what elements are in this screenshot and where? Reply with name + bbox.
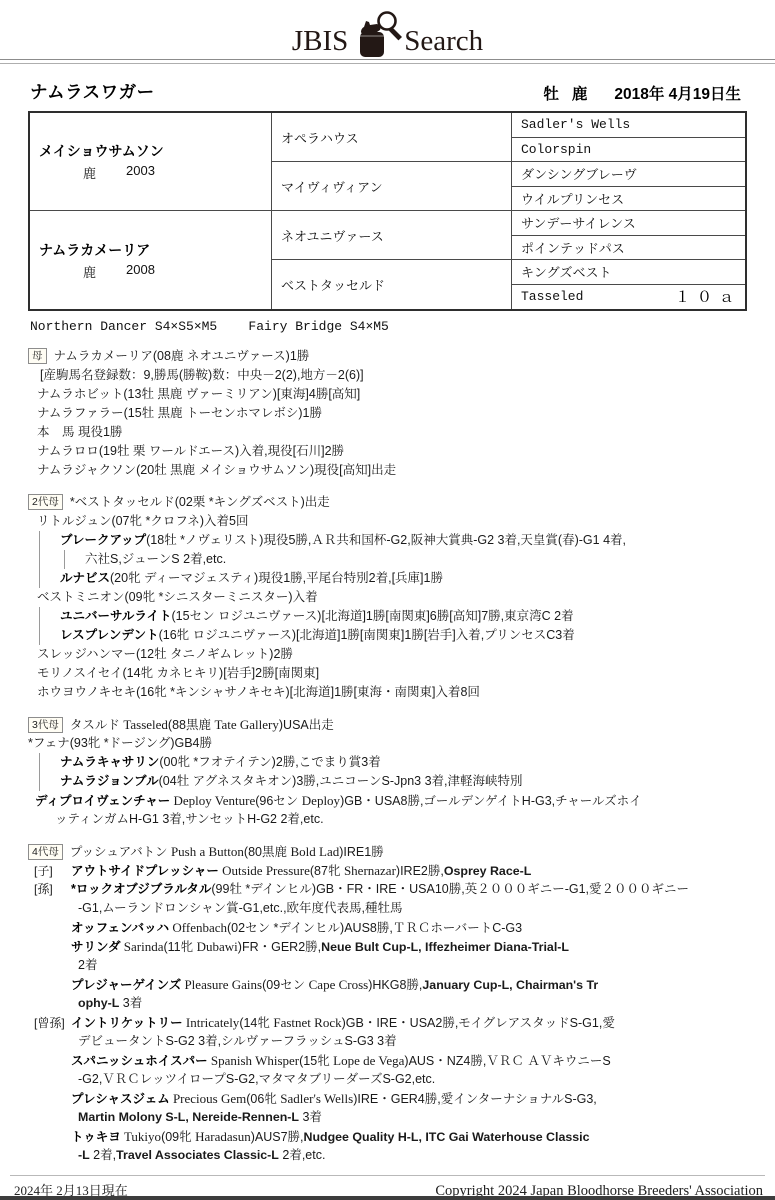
text-segment: Travel Associates Classic-L <box>116 1148 279 1162</box>
text-segment: ベストミニオン(09牝 *シニスターミニスター)入着 <box>37 590 318 604</box>
section-head-line: 3代母タスルド Tasseled(88黒鹿 Tate Gallery)USA出走 <box>28 715 775 734</box>
pedigree-line: 六社S,ジューンS 2着,etc. <box>28 550 775 569</box>
greatgrandparent-name: Colorspin <box>521 142 591 157</box>
pedigree-line: ユニバーサルライト(15セン ロジユニヴァース)[北海道]1勝[南関東]6勝[高… <box>28 607 775 626</box>
pedigree-line: ベストミニオン(09牝 *シニスターミニスター)入着 <box>28 588 775 607</box>
pedigree-line: レスプレンデント(16牝 ロジユニヴァース)[北海道]1勝[南関東]1勝[岩手]… <box>28 626 775 645</box>
text-segment: ナムラホビット(13牡 黒鹿 ヴァーミリアン)[東海]4勝[高知] <box>37 387 360 401</box>
stakes-horse-name: サリンダ <box>71 940 121 954</box>
pedigree-sire-cell: メイショウサムソン鹿2003 <box>30 113 272 211</box>
greatgrandparent-name: Sadler's Wells <box>521 117 630 132</box>
stakes-horse-name: プレジャーゲインズ <box>71 978 181 992</box>
logo-text-jbis: JBIS <box>292 27 348 56</box>
text-segment: 2着, <box>90 1148 116 1162</box>
stakes-horse-name: イントリケットリー <box>71 1016 183 1030</box>
parent-year: 2008 <box>126 262 155 281</box>
section-label: 母 <box>28 348 47 364</box>
parent-horse-name: ナムラカメーリア <box>39 240 271 260</box>
pedigree-line: ナムラホビット(13牡 黒鹿 ヴァーミリアン)[東海]4勝[高知] <box>28 385 775 404</box>
stakes-horse-name: ルナビス <box>60 571 110 585</box>
text-segment: (15セン ロジユニヴァース)[北海道]1勝[南関東]6勝[高知]7勝,東京湾C… <box>172 609 574 623</box>
family-number: １０ａ <box>675 286 741 307</box>
pedigree-line: ナムラキャサリン(00牝 *フオテイテン)2勝,こでまり賞3着 <box>28 753 775 772</box>
pedigree-grandparent-cell: オペラハウス <box>272 113 512 162</box>
text-segment: ナムラロロ(19牡 栗 ワールドエース)入着,現役[石川]2勝 <box>37 444 344 458</box>
text-segment: Sadler's Wells <box>280 1091 353 1106</box>
tree-line <box>64 550 65 569</box>
text-segment: リトルジュン(07牝 *クロフネ)入着5回 <box>37 514 248 528</box>
relation-label: [曾孫] <box>34 1014 71 1033</box>
text-segment: Outside Pressure <box>219 863 310 878</box>
pedigree-line: オッフェンバッハ Offenbach(02セン *デインヒル)AUS8勝,ＴＲＣ… <box>28 918 775 937</box>
text-segment: )IRE1勝 <box>339 845 383 859</box>
text-segment: デビュータントS-G2 3着,シルヴァーフラッシュS-G3 3着 <box>78 1034 397 1048</box>
pedigree-line: ophy-L 3着 <box>28 994 775 1013</box>
parent-horse-name: メイショウサムソン <box>39 141 271 161</box>
text-segment: Lope de Vega <box>333 1053 404 1068</box>
horse-magnifier-icon <box>351 10 403 58</box>
section-head-line: 母ナムラカメーリア(08鹿 ネオユニヴァース)1勝 <box>28 347 775 366</box>
pedigree-line: ッティンガムH-G1 3着,サンセットH-G2 2着,etc. <box>28 810 775 829</box>
stakes-horse-name: ユニバーサルライト <box>60 609 172 623</box>
text-segment: モリノスイセイ(14牝 カネヒキリ)[岩手]2勝[南関東] <box>37 666 319 680</box>
tree-line <box>39 531 40 550</box>
pedigree-line: モリノスイセイ(14牝 カネヒキリ)[岩手]2勝[南関東] <box>28 664 775 683</box>
text-segment: ナムラファラー(15牡 黒鹿 トーセンホマレボシ)1勝 <box>37 406 322 420</box>
pedigree-line: ブレークアップ(18牡 *ノヴェリスト)現役5勝,ＡＲ共和国杯-G2,阪神大賞典… <box>28 531 775 550</box>
family-section: 4代母プッシュアバトン Push a Button(80黒鹿 Bold Lad)… <box>28 842 775 1165</box>
stakes-horse-name: ナムラキャサリン <box>60 755 159 769</box>
pedigree-line: [子]アウトサイドプレッシャー Outside Pressure(87牝 She… <box>28 861 775 880</box>
pedigree-greatgrandparent-cell: Sadler's Wells <box>512 113 745 138</box>
text-segment: ッティンガムH-G1 3着,サンセットH-G2 2着,etc. <box>55 812 324 826</box>
tree-line <box>39 626 40 645</box>
text-segment: Push a Button <box>171 844 244 859</box>
text-segment: )HKG8勝, <box>368 978 422 992</box>
family-section: 2代母*ベストタッセルド(02栗 *キングズベスト)出走リトルジュン(07牝 *… <box>28 493 775 702</box>
family-section: 3代母タスルド Tasseled(88黒鹿 Tate Gallery)USA出走… <box>28 715 775 829</box>
text-segment: )IRE2勝, <box>396 864 444 878</box>
logo-text-search: Search <box>404 27 483 56</box>
text-segment: Haradasun <box>195 1129 251 1144</box>
text-segment: (14牝 <box>239 1016 273 1030</box>
pedigree-line: 本 馬 現役1勝 <box>28 423 775 442</box>
pedigree-line: Martin Molony S-L, Nereide-Rennen-L 3着 <box>28 1108 775 1127</box>
text-segment: )IRE・GER4勝,愛インターナショナルS-G3, <box>353 1092 597 1106</box>
text-segment: (16牝 ロジユニヴァース)[北海道]1勝[南関東]1勝[岩手]入着,プリンセス… <box>159 628 575 642</box>
section-label: 4代母 <box>28 844 63 860</box>
pedigree-line: プレジャーゲインズ Pleasure Gains(09セン Cape Cross… <box>28 975 775 994</box>
text-segment: -G1,ムーランドロンシャン賞-G1,etc.,欧年度代表馬,種牡馬 <box>78 901 403 915</box>
text-segment: Tukiyo <box>121 1129 161 1144</box>
stakes-horse-name: レスプレンデント <box>60 628 159 642</box>
text-segment: (06牝 <box>246 1092 280 1106</box>
text-segment: (09セン <box>262 978 309 992</box>
parent-detail: 鹿2003 <box>39 163 271 182</box>
header-divider <box>0 59 775 64</box>
greatgrandparent-name: ウイルプリンセス <box>521 189 624 208</box>
text-segment: Fastnet Rock <box>273 1015 341 1030</box>
text-segment: (99牡 *デインヒル)GB・FR・IRE・USA10勝,英２０００ギニー-G1… <box>211 882 689 896</box>
pedigree-greatgrandparent-cell: ウイルプリンセス <box>512 187 745 212</box>
text-segment: 2着 <box>78 958 97 972</box>
text-segment: Sarinda <box>121 939 164 954</box>
pedigree-line: サリンダ Sarinda(11牝 Dubawi)FR・GER2勝,Neue Bu… <box>28 937 775 956</box>
text-segment: (87牝 <box>310 864 344 878</box>
grandparent-name: オペラハウス <box>281 128 359 147</box>
text-segment: Osprey Race-L <box>444 864 531 878</box>
pedigree-line: 2着 <box>28 956 775 975</box>
text-segment: Cape Cross <box>309 977 369 992</box>
horse-meta: 牡 鹿 2018年 4月19日生 <box>543 82 741 104</box>
pedigree-line: ナムラジョンブル(04牡 アグネスタキオン)3勝,ユニコーンS-Jpn3 3着,… <box>28 772 775 791</box>
text-segment: Offenbach <box>169 920 227 935</box>
text-segment: (18牡 *ノヴェリスト)現役5勝,ＡＲ共和国杯-G2,阪神大賞典-G2 3着,… <box>146 533 626 547</box>
text-segment: プッシュアバトン <box>70 845 171 859</box>
text-segment: Bold Lad <box>290 844 339 859</box>
stakes-horse-name: トゥキヨ <box>71 1130 121 1144</box>
pedigree-line: *フェナ(93牝 *ドージング)GB4勝 <box>28 734 775 753</box>
pedigree-greatgrandparent-cell: ダンシングブレーヴ <box>512 162 745 187</box>
pedigree-line: ディプロイヴェンチャー Deploy Venture(96セン Deploy)G… <box>28 791 775 810</box>
relation-label: [子] <box>34 862 71 881</box>
pedigree-line: プレシャスジェム Precious Gem(06牝 Sadler's Wells… <box>28 1089 775 1108</box>
text-segment: -G2,ＶＲＣレッツイロープS-G2,マタマタブリーダーズS-G2,etc. <box>78 1072 435 1086</box>
text-segment: Neue Bult Cup-L, Iffezheimer Diana-Trial… <box>321 940 569 954</box>
horse-name: ナムラスワガー <box>30 79 155 104</box>
tree-line <box>39 772 40 791</box>
relation-label: [孫] <box>34 880 71 899</box>
pedigree-grandparent-cell: ベストタッセルド <box>272 260 512 309</box>
grandparent-name: ベストタッセルド <box>281 275 385 294</box>
footer-divider <box>10 1175 765 1176</box>
pedigree-line: -G1,ムーランドロンシャン賞-G1,etc.,欧年度代表馬,種牡馬 <box>28 899 775 918</box>
text-segment: January Cup-L, Chairman's Tr <box>422 978 598 992</box>
sex-label: 牡 <box>543 82 559 104</box>
text-segment: (96セン <box>255 794 302 808</box>
pedigree-line: ホウヨウノキセキ(16牝 *キンシャサノキセキ)[北海道]1勝[東海・南関東]入… <box>28 683 775 702</box>
text-segment: 六社S,ジューンS 2着,etc. <box>85 552 226 566</box>
greatgrandparent-name: ポインテッドパス <box>521 238 625 257</box>
pedigree-greatgrandparent-cell: サンデーサイレンス <box>512 211 745 236</box>
text-segment: )GB・IRE・USA2勝,モイグレアスタッドS-G1,愛 <box>342 1016 615 1030</box>
pedigree-line: [孫]*ロックオブジブラルタル(99牡 *デインヒル)GB・FR・IRE・USA… <box>28 880 775 899</box>
text-segment: Spanish Whisper <box>208 1053 299 1068</box>
text-segment: ophy-L <box>78 996 119 1010</box>
text-segment: ナムラカメーリア(08鹿 ネオユニヴァース)1勝 <box>54 349 310 363</box>
pedigree-line: ナムラロロ(19牡 栗 ワールドエース)入着,現役[石川]2勝 <box>28 442 775 461</box>
text-segment: Precious Gem <box>170 1091 247 1106</box>
text-segment: ナムラジャクソン(20牡 黒鹿 メイショウサムソン)現役[高知]出走 <box>37 463 396 477</box>
text-segment: Deploy Venture <box>170 793 255 808</box>
pedigree-dam-cell: ナムラカメーリア鹿2008 <box>30 211 272 309</box>
pedigree-greatgrandparent-cell: Tasseled１０ａ <box>512 285 745 310</box>
text-segment: ホウヨウノキセキ(16牝 *キンシャサノキセキ)[北海道]1勝[東海・南関東]入… <box>37 685 480 699</box>
stakes-horse-name: スパニッシュホイスパー <box>71 1054 208 1068</box>
text-segment: )AUS・NZ4勝,ＶＲＣ ＡＶキウニーS <box>404 1054 610 1068</box>
parent-coat: 鹿 <box>83 262 96 281</box>
stakes-horse-name: *ロックオブジブラルタル <box>71 882 211 896</box>
text-segment: [産駒馬名登録数：9,勝馬(勝鞍)数：中央－2(2),地方－2(6)] <box>40 368 364 382</box>
stakes-horse-name: ナムラジョンブル <box>60 774 159 788</box>
pedigree-line: リトルジュン(07牝 *クロフネ)入着5回 <box>28 512 775 531</box>
text-segment: Intricately <box>183 1015 240 1030</box>
pedigree-table: メイショウサムソン鹿2003オペラハウスSadler's WellsColors… <box>28 111 747 311</box>
pedigree-line: ナムラジャクソン(20牡 黒鹿 メイショウサムソン)現役[高知]出走 <box>28 461 775 480</box>
section-head-line: 4代母プッシュアバトン Push a Button(80黒鹿 Bold Lad)… <box>28 842 775 861</box>
pedigree-grandparent-cell: ネオユニヴァース <box>272 211 512 260</box>
pedigree-greatgrandparent-cell: キングズベスト <box>512 260 745 285</box>
text-segment: Pleasure Gains <box>181 977 262 992</box>
pedigree-line: スレッジハンマー(12牡 タニノギムレット)2勝 <box>28 645 775 664</box>
pedigree-line: トゥキヨ Tukiyo(09牝 Haradasun)AUS7勝,Nudgee Q… <box>28 1127 775 1146</box>
coat-label: 鹿 <box>572 82 588 104</box>
text-segment: *ベストタッセルド(02栗 *キングズベスト)出走 <box>70 495 330 509</box>
text-segment: 2着,etc. <box>279 1148 326 1162</box>
greatgrandparent-name: サンデーサイレンス <box>521 213 636 232</box>
pedigree-line: -L 2着,Travel Associates Classic-L 2着,etc… <box>28 1146 775 1165</box>
greatgrandparent-name: ダンシングブレーヴ <box>521 164 637 183</box>
birth-date: 2018年 4月19日生 <box>614 82 741 104</box>
text-segment: (00牝 *フオテイテン)2勝,こでまり賞3着 <box>159 755 380 769</box>
stakes-horse-name: プレシャスジェム <box>71 1092 170 1106</box>
pedigree-line: [曾孫]イントリケットリー Intricately(14牝 Fastnet Ro… <box>28 1013 775 1032</box>
bottom-bar <box>0 1196 775 1200</box>
pedigree-grandparent-cell: マイヴィヴィアン <box>272 162 512 211</box>
stakes-horse-name: ブレークアップ <box>60 533 146 547</box>
pedigree-line: [産駒馬名登録数：9,勝馬(勝鞍)数：中央－2(2),地方－2(6)] <box>28 366 775 385</box>
tree-line <box>39 607 40 626</box>
section-label: 2代母 <box>28 494 63 510</box>
parent-coat: 鹿 <box>83 163 96 182</box>
text-segment: (04牡 アグネスタキオン)3勝,ユニコーンS-Jpn3 3着,津軽海峡特別 <box>159 774 523 788</box>
text-segment: )USA出走 <box>279 718 334 732</box>
jbis-logo: JBIS Search <box>0 0 775 56</box>
text-segment: )FR・GER2勝, <box>238 940 321 954</box>
text-segment: -L <box>78 1148 90 1162</box>
text-segment: Shernazar <box>344 863 396 878</box>
text-segment: (88黒鹿 <box>168 718 215 732</box>
text-segment: )AUS7勝, <box>251 1130 304 1144</box>
tree-line <box>39 569 40 588</box>
title-row: ナムラスワガー 牡 鹿 2018年 4月19日生 <box>30 79 741 104</box>
pedigree-line: デビュータントS-G2 3着,シルヴァーフラッシュS-G3 3着 <box>28 1032 775 1051</box>
text-segment: Deploy <box>302 793 340 808</box>
text-segment: (15牝 <box>299 1054 333 1068</box>
pedigree-line: -G2,ＶＲＣレッツイロープS-G2,マタマタブリーダーズS-G2,etc. <box>28 1070 775 1089</box>
greatgrandparent-name: キングズベスト <box>521 262 611 281</box>
text-segment: (20牝 ディーマジェスティ)現役1勝,平尾台特別2着,[兵庫]1勝 <box>110 571 443 585</box>
text-segment: 3着 <box>119 996 142 1010</box>
family-sections: 母ナムラカメーリア(08鹿 ネオユニヴァース)1勝[産駒馬名登録数：9,勝馬(勝… <box>28 347 775 1165</box>
parent-detail: 鹿2008 <box>39 262 271 281</box>
page: JBIS Search ナムラスワガー 牡 鹿 2018年 4月19日生 メイシ… <box>0 0 775 1200</box>
text-segment: タスルド <box>70 718 123 732</box>
text-segment: Tasseled <box>123 717 168 732</box>
pedigree-line: ナムラファラー(15牡 黒鹿 トーセンホマレボシ)1勝 <box>28 404 775 423</box>
text-segment: (02セン *デインヒル)AUS8勝,ＴＲＣホーバートC-G3 <box>227 921 522 935</box>
section-label: 3代母 <box>28 717 63 733</box>
text-segment: Tate Gallery <box>214 717 278 732</box>
text-segment: *フェナ(93牝 *ドージング)GB4勝 <box>28 736 212 750</box>
pedigree-greatgrandparent-cell: Colorspin <box>512 138 745 163</box>
text-segment: (11牝 <box>163 940 196 954</box>
text-segment: 本 馬 現役1勝 <box>37 425 122 439</box>
greatgrandparent-name: Tasseled <box>521 289 583 304</box>
text-segment: Nudgee Quality H-L, ITC Gai Waterhouse C… <box>304 1130 590 1144</box>
parent-year: 2003 <box>126 163 155 182</box>
inbreeding-line: Northern Dancer S4×S5×M5 Fairy Bridge S4… <box>30 319 775 334</box>
pedigree-greatgrandparent-cell: ポインテッドパス <box>512 236 745 261</box>
pedigree-line: ルナビス(20牝 ディーマジェスティ)現役1勝,平尾台特別2着,[兵庫]1勝 <box>28 569 775 588</box>
text-segment: (09牝 <box>161 1130 195 1144</box>
grandparent-name: マイヴィヴィアン <box>281 177 383 196</box>
tree-line <box>39 550 40 569</box>
stakes-horse-name: ディプロイヴェンチャー <box>35 794 170 808</box>
pedigree-line: スパニッシュホイスパー Spanish Whisper(15牝 Lope de … <box>28 1051 775 1070</box>
text-segment: (80黒鹿 <box>244 845 291 859</box>
family-section: 母ナムラカメーリア(08鹿 ネオユニヴァース)1勝[産駒馬名登録数：9,勝馬(勝… <box>28 347 775 480</box>
section-head-line: 2代母*ベストタッセルド(02栗 *キングズベスト)出走 <box>28 493 775 512</box>
text-segment: 3着 <box>299 1110 322 1124</box>
tree-line <box>39 753 40 772</box>
text-segment: Martin Molony S-L, Nereide-Rennen-L <box>78 1110 299 1124</box>
grandparent-name: ネオユニヴァース <box>281 226 384 245</box>
stakes-horse-name: アウトサイドプレッシャー <box>71 864 219 878</box>
text-segment: Dubawi <box>197 939 238 954</box>
stakes-horse-name: オッフェンバッハ <box>71 921 169 935</box>
text-segment: )GB・USA8勝,ゴールデンゲイトH-G3,チャールズホイ <box>340 794 642 808</box>
text-segment: スレッジハンマー(12牡 タニノギムレット)2勝 <box>37 647 293 661</box>
